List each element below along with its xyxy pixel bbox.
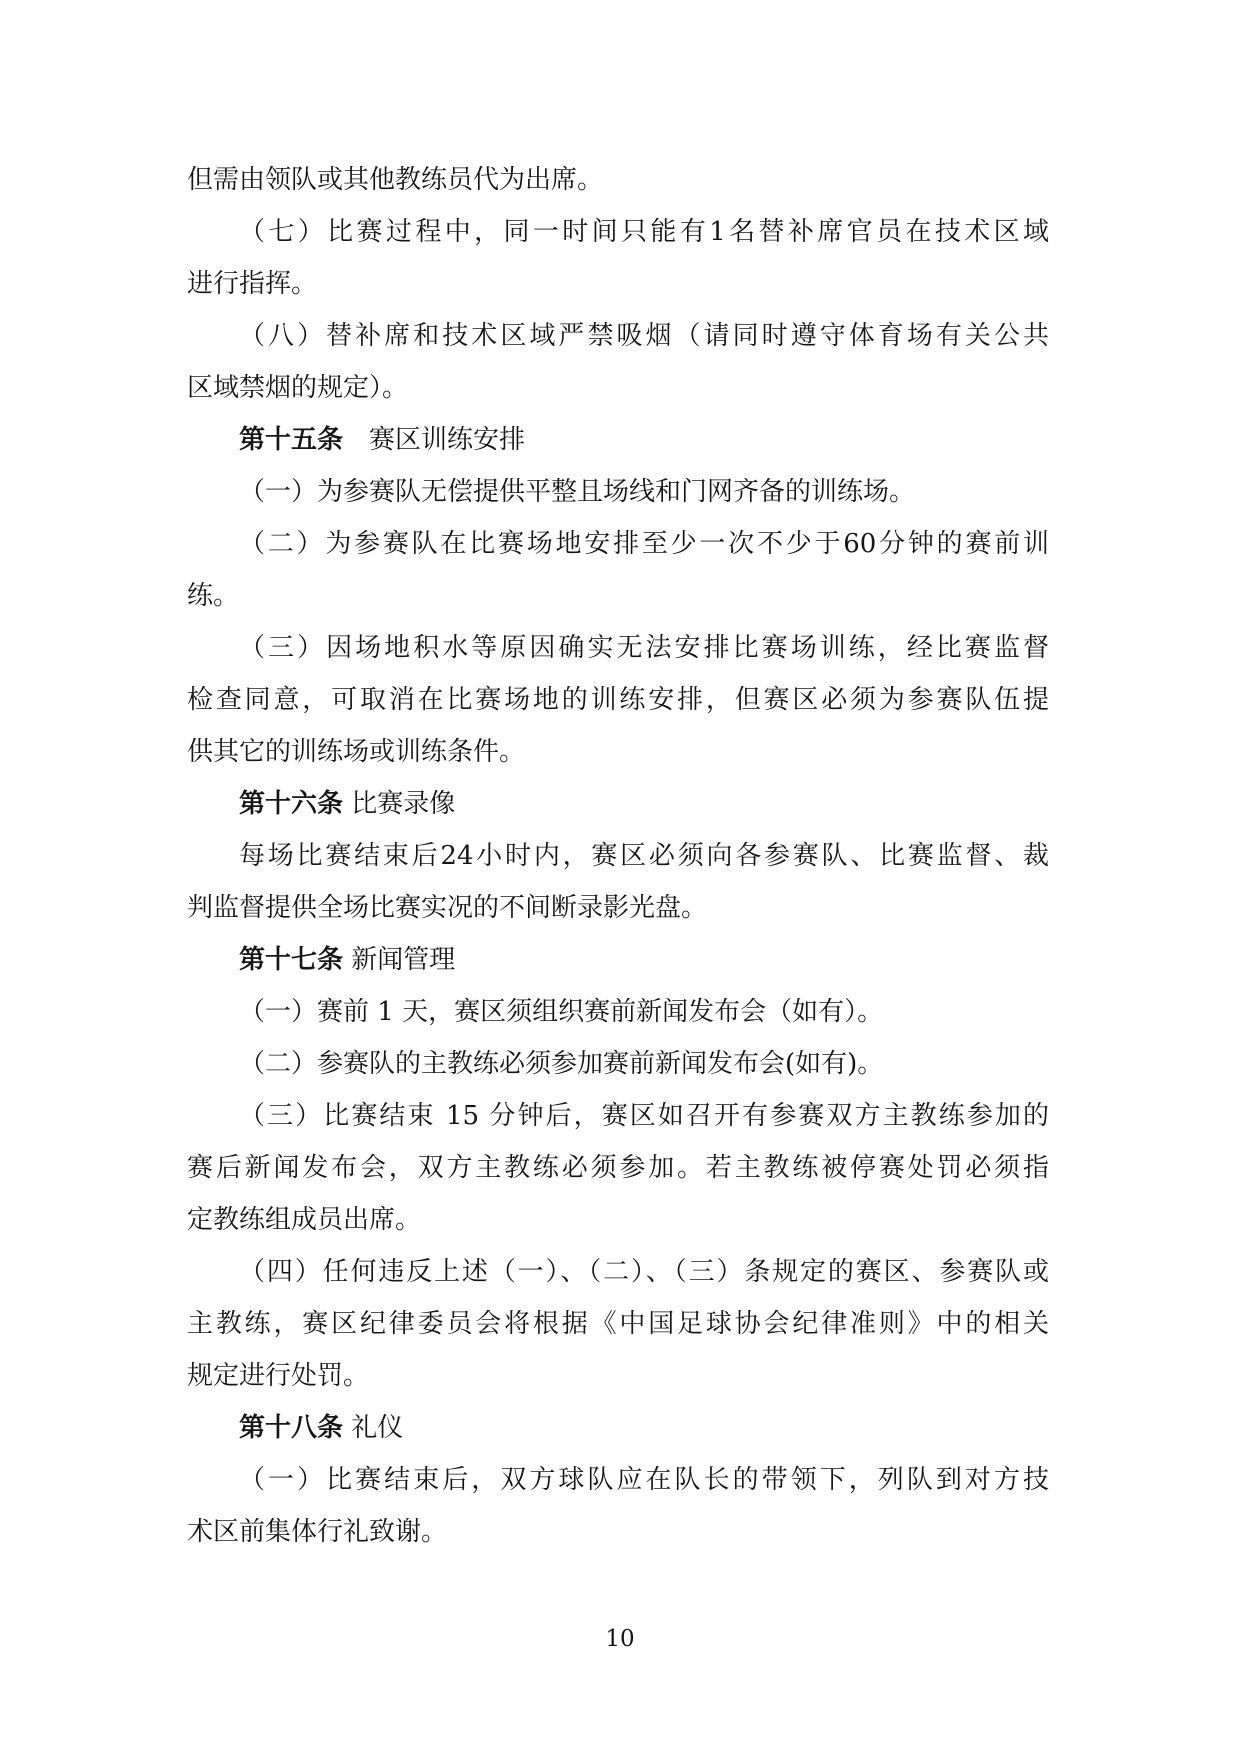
article-heading: 第十六条 比赛录像 xyxy=(187,778,1049,830)
text-line: 练。 xyxy=(187,570,1049,622)
article-title: 赛区训练安排 xyxy=(369,425,525,455)
text-line: （一）赛前 1 天，赛区须组织赛前新闻发布会（如有）。 xyxy=(187,986,1049,1038)
page-number: 10 xyxy=(0,1624,1240,1654)
document-page: 但需由领队或其他教练员代为出席。（七）比赛过程中，同一时间只能有1名替补席官员在… xyxy=(0,0,1240,1754)
article-heading: 第十七条 新闻管理 xyxy=(187,934,1049,986)
text-line: （一）为参赛队无偿提供平整且场线和门网齐备的训练场。 xyxy=(187,466,1049,518)
text-line: （三）比赛结束 15 分钟后，赛区如召开有参赛双方主教练参加的 xyxy=(187,1090,1049,1142)
text-line: 每场比赛结束后24小时内，赛区必须向各参赛队、比赛监督、裁 xyxy=(187,830,1049,882)
article-number: 第十七条 xyxy=(239,945,343,975)
article-title: 礼仪 xyxy=(351,1413,403,1443)
text-line: （七）比赛过程中，同一时间只能有1名替补席官员在技术区域 xyxy=(187,206,1049,258)
article-heading: 第十五条 赛区训练安排 xyxy=(187,414,1049,466)
text-line: 检查同意，可取消在比赛场地的训练安排，但赛区必须为参赛队伍提 xyxy=(187,674,1049,726)
text-line: 定教练组成员出席。 xyxy=(187,1194,1049,1246)
text-line: 赛后新闻发布会，双方主教练必须参加。若主教练被停赛处罚必须指 xyxy=(187,1142,1049,1194)
text-line: 术区前集体行礼致谢。 xyxy=(187,1506,1049,1558)
text-line: （二）参赛队的主教练必须参加赛前新闻发布会(如有)。 xyxy=(187,1038,1049,1090)
text-line: （八）替补席和技术区域严禁吸烟（请同时遵守体育场有关公共 xyxy=(187,310,1049,362)
text-line: 进行指挥。 xyxy=(187,258,1049,310)
article-number: 第十六条 xyxy=(239,789,343,819)
article-title: 比赛录像 xyxy=(351,789,455,819)
article-heading: 第十八条 礼仪 xyxy=(187,1402,1049,1454)
text-line: 判监督提供全场比赛实况的不间断录影光盘。 xyxy=(187,882,1049,934)
article-number: 第十八条 xyxy=(239,1413,343,1443)
text-line: （一）比赛结束后，双方球队应在队长的带领下，列队到对方技 xyxy=(187,1454,1049,1506)
heading-separator xyxy=(343,425,369,455)
text-line: 区域禁烟的规定）。 xyxy=(187,362,1049,414)
text-line: （四）任何违反上述（一）、（二）、（三）条规定的赛区、参赛队或 xyxy=(187,1246,1049,1298)
text-line: （二）为参赛队在比赛场地安排至少一次不少于60分钟的赛前训 xyxy=(187,518,1049,570)
article-number: 第十五条 xyxy=(239,425,343,455)
document-content: 但需由领队或其他教练员代为出席。（七）比赛过程中，同一时间只能有1名替补席官员在… xyxy=(187,154,1049,1558)
text-line: 供其它的训练场或训练条件。 xyxy=(187,726,1049,778)
text-line: 但需由领队或其他教练员代为出席。 xyxy=(187,154,1049,206)
text-line: 规定进行处罚。 xyxy=(187,1350,1049,1402)
article-title: 新闻管理 xyxy=(351,945,455,975)
text-line: （三）因场地积水等原因确实无法安排比赛场训练，经比赛监督 xyxy=(187,622,1049,674)
text-line: 主教练，赛区纪律委员会将根据《中国足球协会纪律准则》中的相关 xyxy=(187,1298,1049,1350)
